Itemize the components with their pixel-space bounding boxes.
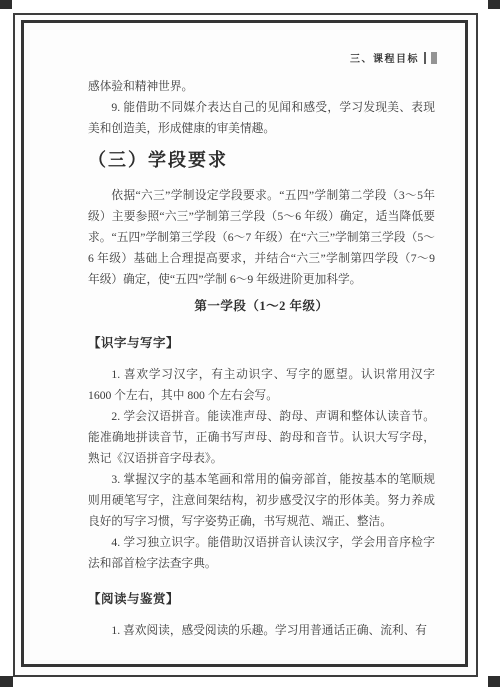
book-page: 三、课程目标 感体验和精神世界。 9. 能借助不同媒介表达自己的见闻和感受，学习… [0, 0, 500, 687]
literacy-item-2: 2. 学会汉语拼音。能读准声母、韵母、声调和整体认读音节。能准确地拼读音节，正确… [88, 406, 435, 469]
carryover-line: 感体验和精神世界。 [88, 76, 435, 97]
chapter-title: 三、课程目标 [350, 50, 419, 65]
corner-mark-bottom-right [488, 676, 500, 687]
stage-heading: 第一学段（1～2 年级） [88, 296, 435, 317]
literacy-item-1: 1. 喜欢学习汉字，有主动识字、写字的愿望。认识常用汉字 1600 个左右，其中… [88, 364, 435, 406]
reading-block-heading: 【阅读与鉴赏】 [88, 588, 435, 609]
corner-mark-top-left [0, 0, 12, 9]
reading-item-list: 1. 喜欢阅读，感受阅读的乐趣。学习用普通话正确、流利、有 [88, 620, 435, 641]
running-header: 三、课程目标 [350, 50, 437, 65]
literacy-item-list: 1. 喜欢学习汉字，有主动识字、写字的愿望。认识常用汉字 1600 个左右，其中… [88, 364, 435, 574]
corner-mark-bottom-left [0, 676, 13, 687]
page-content: 感体验和精神世界。 9. 能借助不同媒介表达自己的见闻和感受，学习发现美、表现美… [88, 76, 435, 641]
section-heading: （三）学段要求 [88, 148, 435, 174]
literacy-block-heading: 【识字与写字】 [88, 332, 435, 353]
corner-mark-top-right [488, 0, 500, 9]
header-block-icon [431, 52, 437, 64]
literacy-item-3: 3. 掌握汉字的基本笔画和常用的偏旁部首，能按基本的笔顺规则用硬笔写字，注意间架… [88, 469, 435, 532]
intro-paragraph: 依据“六三”学制设定学段要求。“五四”学制第二学段（3～5年级）主要参照“六三”… [88, 185, 435, 290]
header-rule-icon [424, 52, 426, 64]
goal-item-9: 9. 能借助不同媒介表达自己的见闻和感受，学习发现美、表现美和创造美，形成健康的… [88, 97, 435, 139]
literacy-item-4: 4. 学习独立识字。能借助汉语拼音认读汉字，学会用音序检字法和部首检字法查字典。 [88, 532, 435, 574]
reading-item-1: 1. 喜欢阅读，感受阅读的乐趣。学习用普通话正确、流利、有 [88, 620, 435, 641]
